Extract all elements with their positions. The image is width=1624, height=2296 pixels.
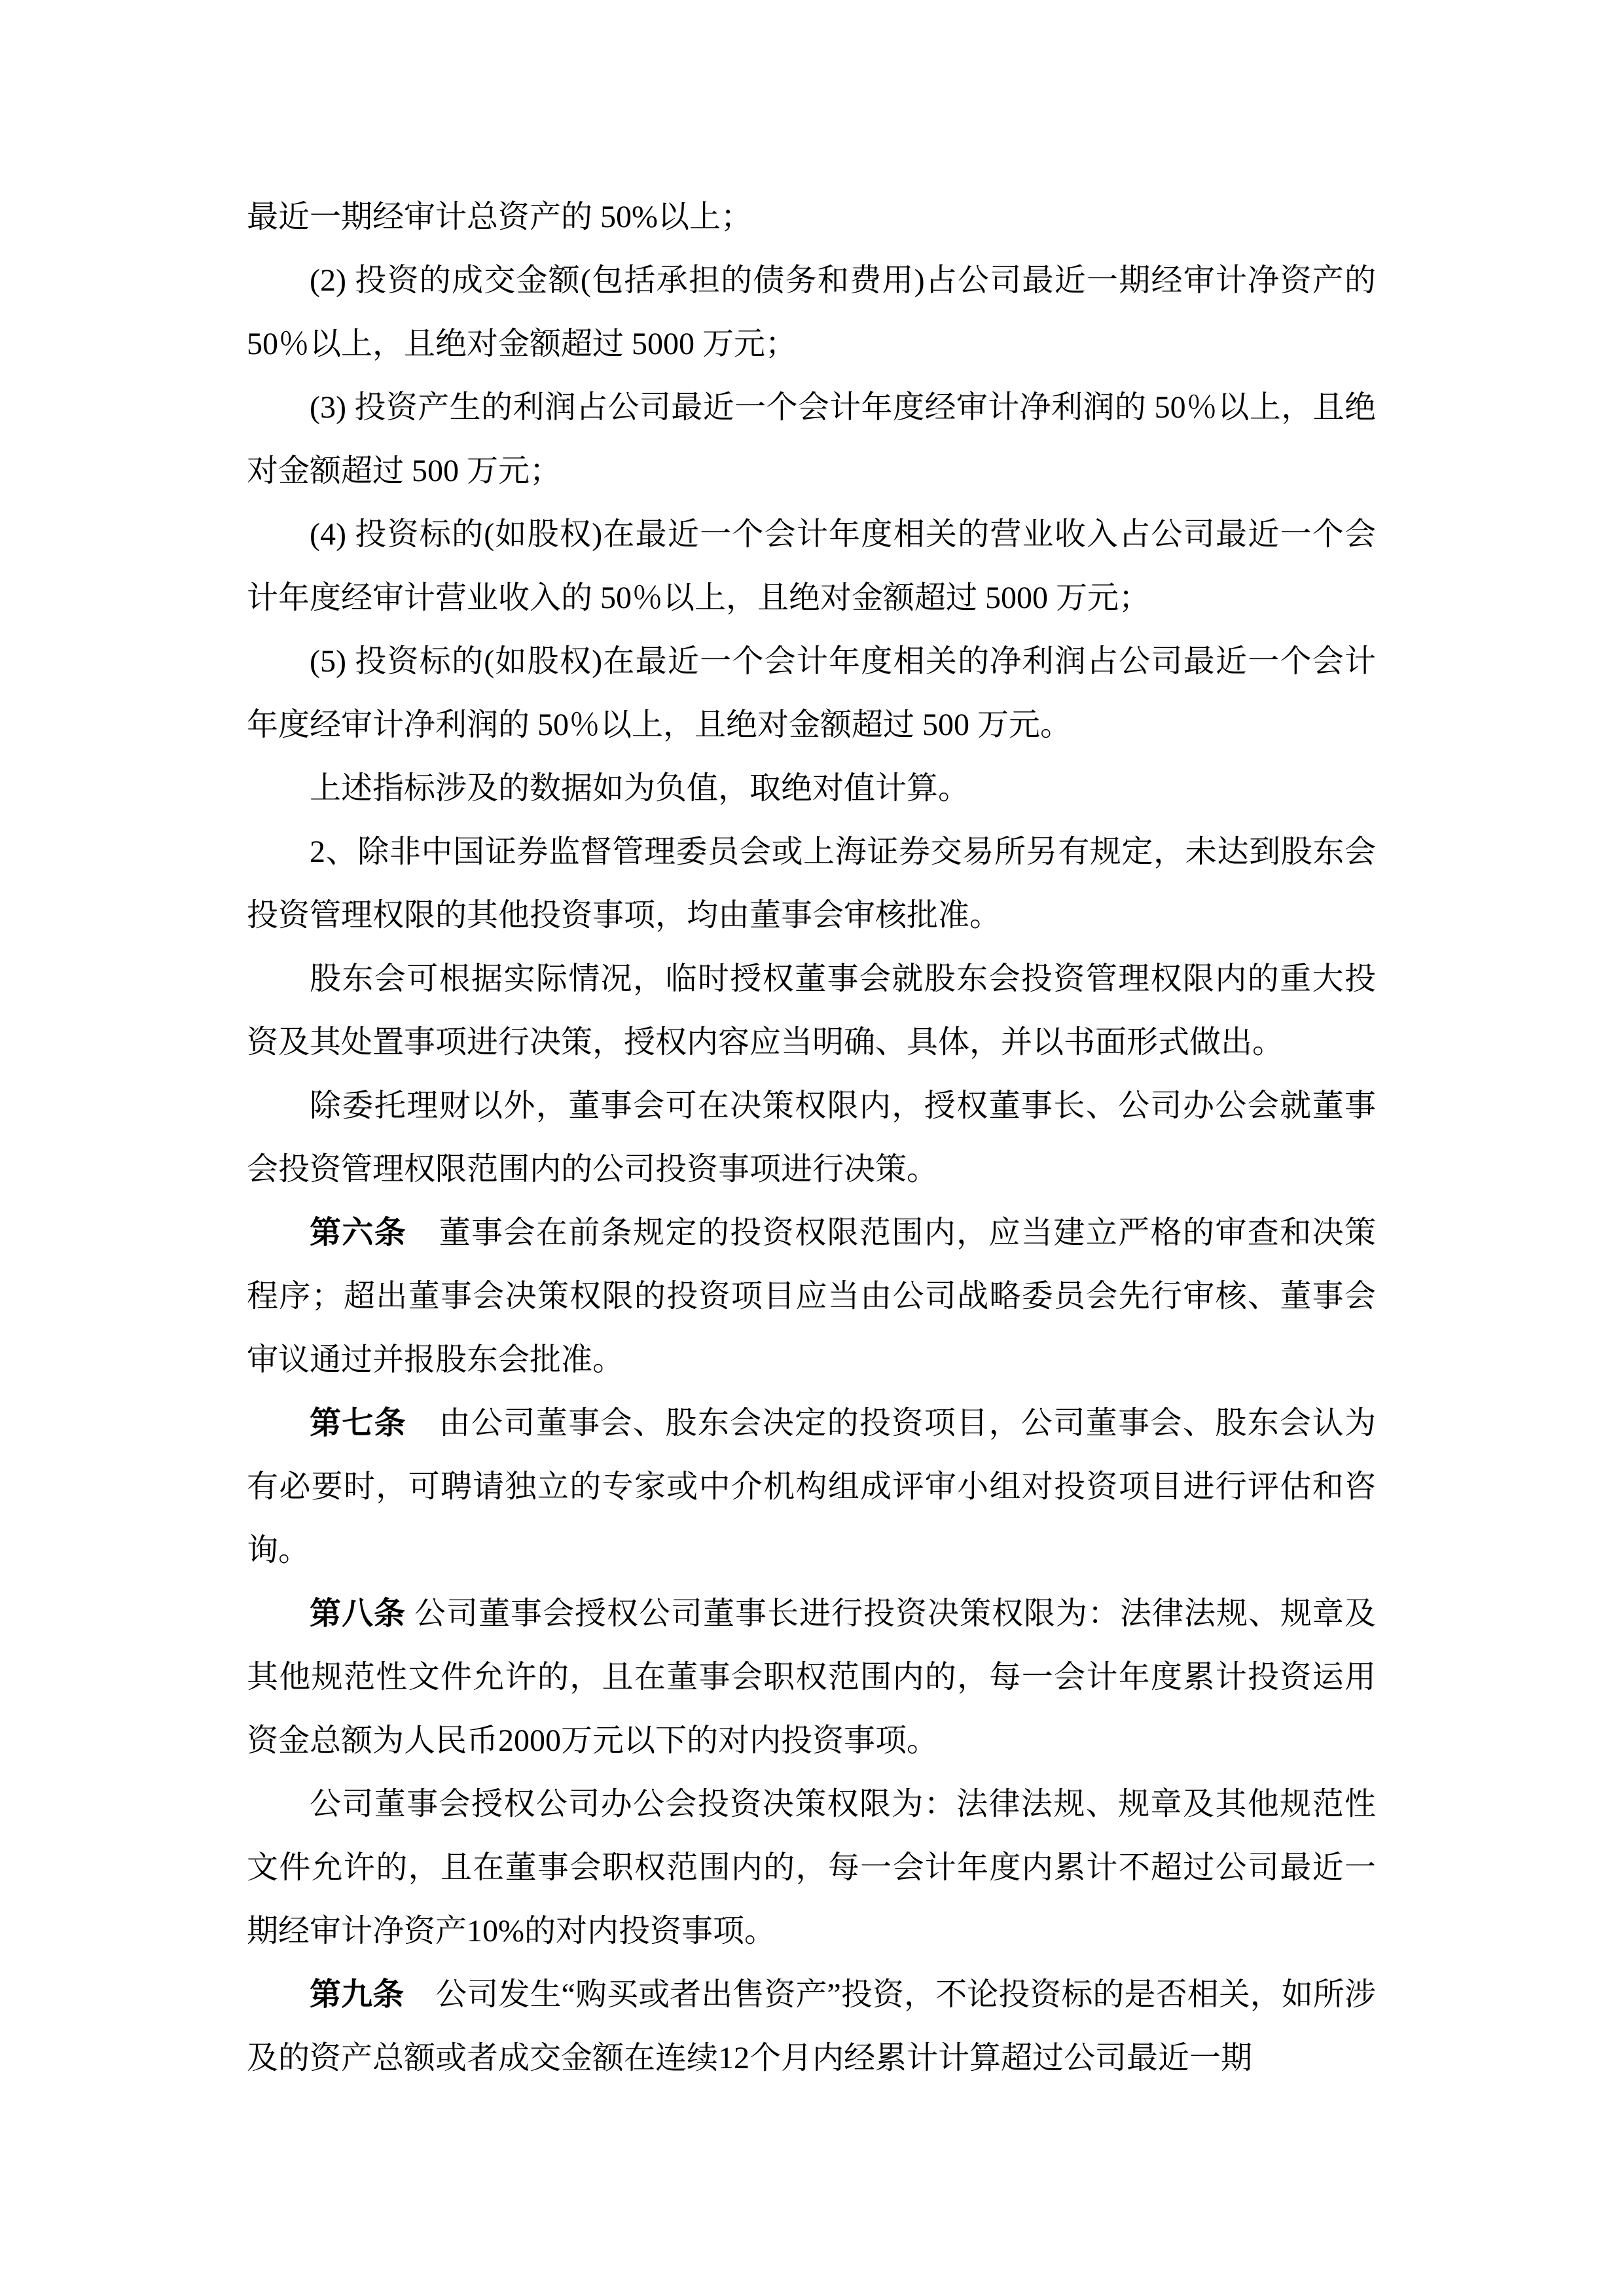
text-run: (2) 投资的成交金额(包括承担的债务和费用)占公司最近一期经审计净资产的 50… — [247, 263, 1376, 361]
paragraph: (2) 投资的成交金额(包括承担的债务和费用)占公司最近一期经审计净资产的 50… — [247, 249, 1376, 376]
paragraph: 第六条 董事会在前条规定的投资权限范围内，应当建立严格的审查和决策程序；超出董事… — [247, 1201, 1376, 1391]
paragraph: 最近一期经审计总资产的 50%以上； — [247, 185, 1376, 249]
paragraph: (4) 投资标的(如股权)在最近一个会计年度相关的营业收入占公司最近一个会计年度… — [247, 503, 1376, 630]
text-run: (5) 投资标的(如股权)在最近一个会计年度相关的净利润占公司最近一个会计年度经… — [247, 644, 1376, 742]
article-number: 第七条 — [310, 1406, 406, 1441]
paragraph: 第八条 公司董事会授权公司董事长进行投资决策权限为：法律法规、规章及其他规范性文… — [247, 1582, 1376, 1772]
article-number: 第六条 — [310, 1215, 406, 1250]
text-run: 除委托理财以外，董事会可在决策权限内，授权董事长、公司办公会就董事会投资管理权限… — [247, 1088, 1376, 1187]
document-body-text: 最近一期经审计总资产的 50%以上；(2) 投资的成交金额(包括承担的债务和费用… — [247, 185, 1376, 2090]
text-run: (3) 投资产生的利润占公司最近一个会计年度经审计净利润的 50％以上，且绝对金… — [247, 390, 1376, 488]
paragraph: 除委托理财以外，董事会可在决策权限内，授权董事长、公司办公会就董事会投资管理权限… — [247, 1074, 1376, 1201]
article-number: 第九条 — [310, 1977, 404, 2012]
paragraph: 股东会可根据实际情况，临时授权董事会就股东会投资管理权限内的重大投资及其处置事项… — [247, 947, 1376, 1074]
article-number: 第八条 — [310, 1596, 406, 1631]
text-run: 上述指标涉及的数据如为负值，取绝对值计算。 — [310, 771, 969, 806]
text-run: 公司董事会授权公司董事长进行投资决策权限为：法律法规、规章及其他规范性文件允许的… — [247, 1596, 1376, 1758]
paragraph: 2、除非中国证券监督管理委员会或上海证券交易所另有规定，未达到股东会投资管理权限… — [247, 820, 1376, 947]
document-page: 最近一期经审计总资产的 50%以上；(2) 投资的成交金额(包括承担的债务和费用… — [0, 0, 1624, 2296]
paragraph: 第九条 公司发生“购买或者出售资产”投资，不论投资标的是否相关，如所涉及的资产总… — [247, 1963, 1376, 2090]
text-run: 董事会在前条规定的投资权限范围内，应当建立严格的审查和决策程序；超出董事会决策权… — [247, 1215, 1376, 1377]
text-run: 股东会可根据实际情况，临时授权董事会就股东会投资管理权限内的重大投资及其处置事项… — [247, 961, 1376, 1060]
paragraph: 第七条 由公司董事会、股东会决定的投资项目，公司董事会、股东会认为有必要时，可聘… — [247, 1391, 1376, 1582]
text-run: 公司董事会授权公司办公会投资决策权限为：法律法规、规章及其他规范性文件允许的，且… — [247, 1787, 1376, 1948]
text-run: 由公司董事会、股东会决定的投资项目，公司董事会、股东会认为有必要时，可聘请独立的… — [247, 1406, 1376, 1568]
paragraph: 公司董事会授权公司办公会投资决策权限为：法律法规、规章及其他规范性文件允许的，且… — [247, 1772, 1376, 1963]
text-run: 2、除非中国证券监督管理委员会或上海证券交易所另有规定，未达到股东会投资管理权限… — [247, 834, 1376, 933]
text-run: (4) 投资标的(如股权)在最近一个会计年度相关的营业收入占公司最近一个会计年度… — [247, 517, 1376, 615]
paragraph: (5) 投资标的(如股权)在最近一个会计年度相关的净利润占公司最近一个会计年度经… — [247, 630, 1376, 757]
paragraph: (3) 投资产生的利润占公司最近一个会计年度经审计净利润的 50％以上，且绝对金… — [247, 376, 1376, 503]
paragraph: 上述指标涉及的数据如为负值，取绝对值计算。 — [247, 757, 1376, 820]
text-run: 最近一期经审计总资产的 50%以上； — [247, 200, 752, 234]
text-run: 公司发生“购买或者出售资产”投资，不论投资标的是否相关，如所涉及的资产总额或者成… — [247, 1977, 1376, 2075]
